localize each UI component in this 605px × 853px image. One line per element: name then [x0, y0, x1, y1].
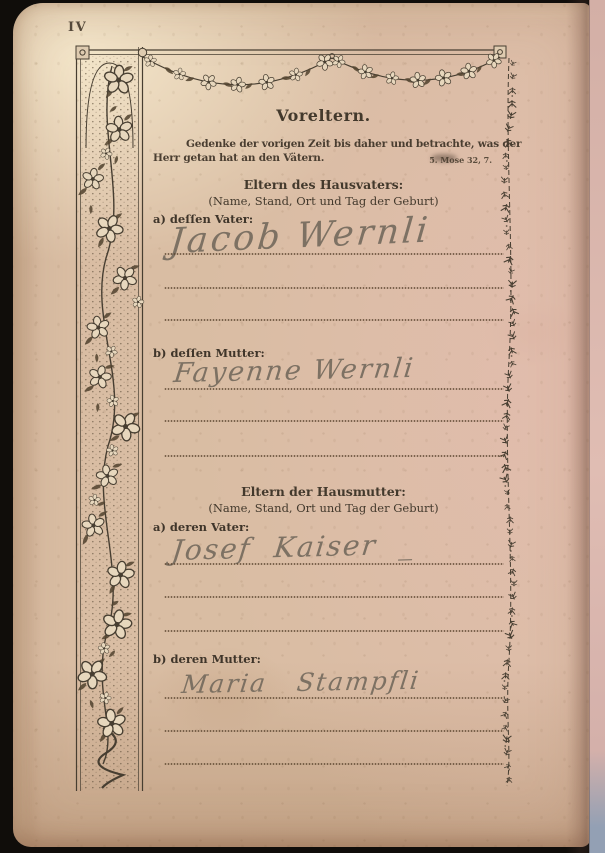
handwriting-her-mother: Maria Stampfli	[180, 666, 422, 699]
dotted-writing-line	[164, 596, 504, 598]
verse-line-2: Herr getan hat an den Vätern.	[153, 152, 324, 164]
handwriting-her-father: Josef Kaiser _	[170, 528, 418, 567]
verse-line-1: Gedenke der vorigen Zeit bis daher und b…	[186, 138, 521, 150]
dotted-writing-line	[164, 763, 504, 765]
dotted-writing-line	[164, 319, 504, 321]
dotted-writing-line	[164, 420, 504, 422]
page-title: Voreltern.	[150, 106, 497, 125]
dotted-writing-line	[164, 287, 504, 289]
handwriting-his-mother: Fayenne Wernli	[172, 353, 416, 389]
adjacent-page-edge	[589, 0, 605, 853]
field-label-her-mother: b) deren Mutter:	[153, 652, 261, 666]
section-subheading-housemother: (Name, Stand, Ort und Tag der Geburt)	[150, 501, 497, 515]
dotted-writing-line	[164, 697, 504, 699]
section-subheading-housefather: (Name, Stand, Ort und Tag der Geburt)	[150, 194, 497, 208]
ink-smudge	[431, 154, 457, 162]
dotted-writing-line	[164, 388, 504, 390]
page-number: IV	[68, 20, 87, 35]
section-heading-housefather: Eltern des Hausvaters:	[150, 177, 497, 192]
dotted-writing-line	[164, 730, 504, 732]
scanned-book-page: IV	[0, 0, 605, 853]
album-page	[13, 3, 591, 847]
dotted-writing-line	[164, 455, 504, 457]
dotted-writing-line	[164, 630, 504, 632]
section-heading-housemother: Eltern der Hausmutter:	[150, 484, 497, 499]
dotted-writing-line	[164, 563, 504, 565]
paper-texture	[13, 3, 591, 847]
dotted-writing-line	[164, 253, 504, 255]
